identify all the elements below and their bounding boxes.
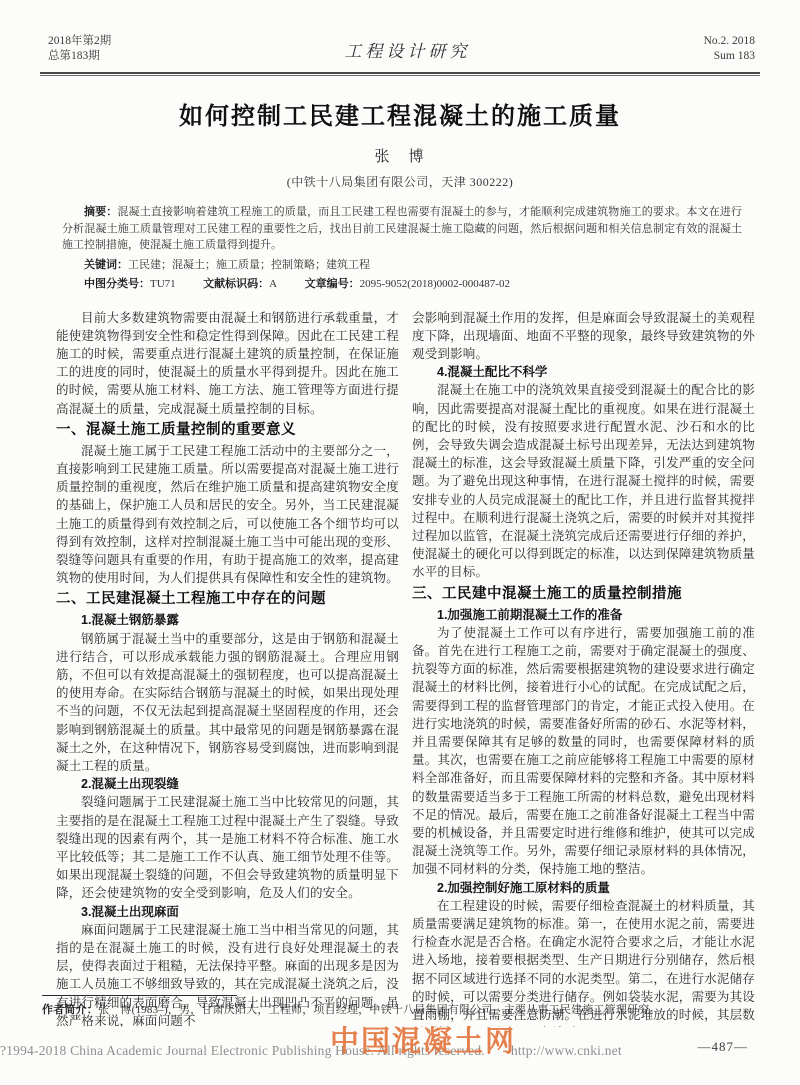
issue-no-line-1: No.2. 2018 [704, 34, 755, 49]
section-heading-3: 三、工民建中混凝土施工的质量控制措施 [412, 584, 755, 605]
issue-line-1: 2018年第2期 [48, 34, 111, 49]
article-author: 张 博 [0, 145, 800, 166]
classification-line: 中图分类号：TU71文献标识码：A文章编号：2095-9052(2018)000… [62, 276, 742, 293]
issue-number-info: No.2. 2018 Sum 183 [704, 34, 755, 64]
author-bio-label: 作者简介： [42, 1004, 98, 1016]
subheading-2-2: 2.混凝土出现裂缝 [56, 775, 399, 793]
left-column: 目前大多数建筑物需要由混凝土和钢筋进行承载重量，才能使建筑物得到安全性和稳定性得… [56, 309, 399, 1027]
section2-3-continuation: 会影响到混凝土作用的发挥，但是麻面会导致混凝土的美观程度下降，出现墙面、地面不平… [412, 309, 755, 364]
page-number: —487— [698, 1039, 749, 1055]
author-bio-text: 张 博(1983–)，男，甘肃庆阳人，工程师，项目经理，中铁十八局集团有限公司，… [98, 1004, 661, 1016]
article-id-label: 文章编号： [305, 278, 360, 290]
page-header: 2018年第2期 总第183期 工程设计研究 No.2. 2018 Sum 18… [0, 0, 800, 64]
article-body: 目前大多数建筑物需要由混凝土和钢筋进行承载重量，才能使建筑物得到安全性和稳定性得… [56, 309, 755, 1027]
section2-1-paragraph: 钢筋属于混凝土当中的重要部分，这是由于钢筋和混凝土进行结合，可以形成承载能力强的… [56, 630, 399, 776]
doc-code-value: A [269, 278, 277, 290]
issue-info: 2018年第2期 总第183期 [48, 34, 111, 64]
copyright-text: ?1994-2018 China Academic Journal Electr… [0, 1043, 485, 1058]
abstract-paragraph: 摘要：混凝土直接影响着建筑工程施工的质量，而且工民建工程也需要有混凝土的参与，才… [62, 204, 742, 254]
subheading-2-4: 4.混凝土配比不科学 [412, 363, 755, 381]
article-title: 如何控制工民建工程混凝土的施工质量 [0, 96, 800, 131]
header-divider [40, 72, 760, 76]
abstract-label: 摘要： [84, 206, 117, 218]
journal-page: 2018年第2期 总第183期 工程设计研究 No.2. 2018 Sum 18… [0, 0, 800, 1085]
issue-line-2: 总第183期 [48, 49, 111, 64]
cnki-link[interactable]: http://www.cnki.net [511, 1043, 622, 1058]
article-affiliation: (中铁十八局集团有限公司，天津 300222) [0, 173, 800, 190]
subheading-2-1: 1.混凝土钢筋暴露 [56, 611, 399, 629]
author-bio-divider [42, 995, 237, 996]
clc-label: 中图分类号： [84, 278, 150, 290]
right-column: 会影响到混凝土作用的发挥，但是麻面会导致混凝土的美观程度下降，出现墙面、地面不平… [412, 309, 755, 1027]
section3-1-paragraph: 为了使混凝土工作可以有序进行，需要加强施工前的准备。首先在进行工程施工之前，需要… [412, 624, 755, 879]
keywords-line: 关键词：工民建；混凝土；施工质量；控制策略；建筑工程 [62, 257, 742, 274]
article-meta: 摘要：混凝土直接影响着建筑工程施工的质量，而且工民建工程也需要有混凝土的参与，才… [62, 204, 742, 293]
doc-code-label: 文献标识码： [203, 278, 269, 290]
section1-paragraph: 混凝土施工属于工民建工程施工活动中的主要部分之一，直接影响到工民建施工质量。所以… [56, 442, 399, 588]
subheading-3-2: 2.加强控制好施工原材料的质量 [412, 879, 755, 897]
subheading-2-3: 3.混凝土出现麻面 [56, 903, 399, 921]
article-id-value: 2095-9052(2018)0002-000487-02 [360, 278, 510, 290]
section2-4-paragraph: 混凝土在施工中的浇筑效果直接受到混凝土的配合比的影响，因此需要提高对混凝土配比的… [412, 381, 755, 581]
subheading-3-1: 1.加强施工前期混凝土工作的准备 [412, 606, 755, 624]
issue-no-line-2: Sum 183 [704, 49, 755, 64]
copyright-line: ?1994-2018 China Academic Journal Electr… [0, 1043, 622, 1059]
author-bio: 作者简介：张 博(1983–)，男，甘肃庆阳人，工程师，项目经理，中铁十八局集团… [42, 1001, 760, 1017]
section-heading-1: 一、混凝土施工质量控制的重要意义 [56, 420, 399, 441]
section2-2-paragraph: 裂缝问题属于工民建混凝土施工当中比较常见的问题，其主要指的是在混凝土工程施工过程… [56, 793, 399, 902]
journal-title: 工程设计研究 [344, 37, 470, 62]
keywords-label: 关键词： [84, 259, 128, 271]
section-heading-2: 二、工民建混凝土工程施工中存在的问题 [56, 589, 399, 610]
intro-paragraph: 目前大多数建筑物需要由混凝土和钢筋进行承载重量，才能使建筑物得到安全性和稳定性得… [56, 309, 399, 418]
keywords-text: 工民建；混凝土；施工质量；控制策略；建筑工程 [128, 259, 370, 271]
clc-value: TU71 [150, 278, 176, 290]
abstract-text: 混凝土直接影响着建筑工程施工的质量，而且工民建工程也需要有混凝土的参与，才能顺利… [62, 206, 742, 251]
